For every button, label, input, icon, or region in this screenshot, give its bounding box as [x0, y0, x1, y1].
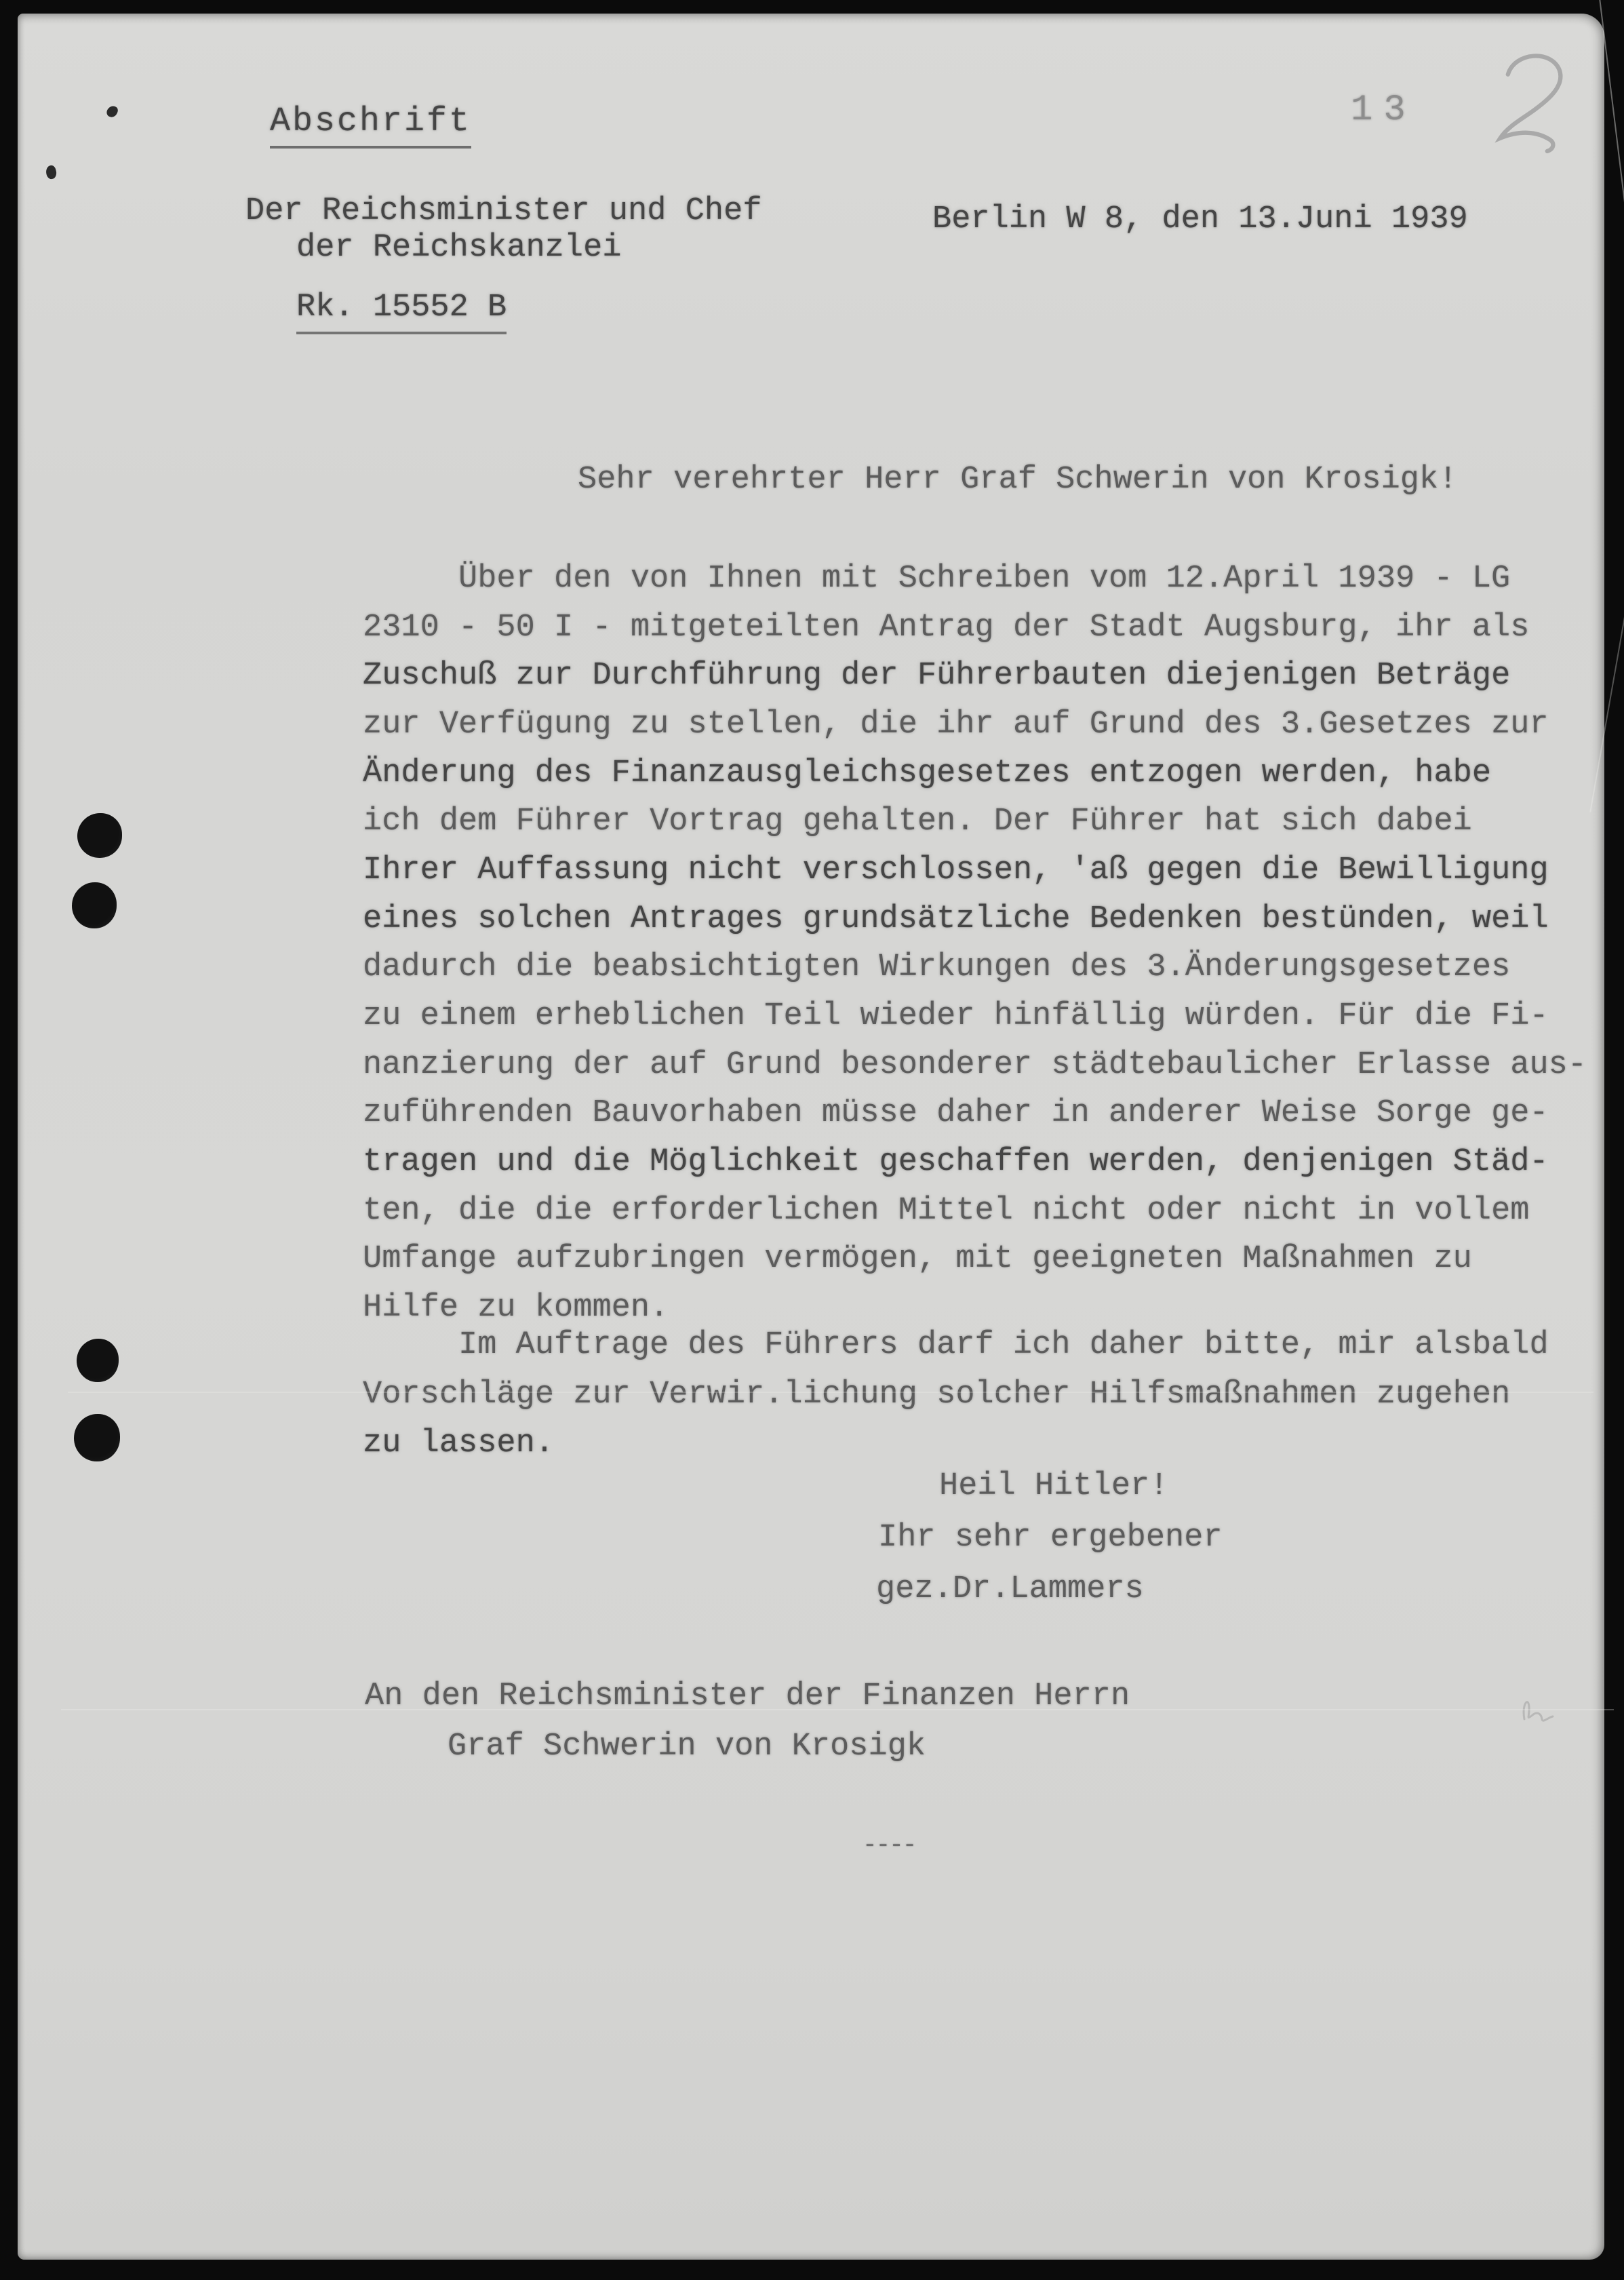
punch-hole-ink-dot	[77, 1339, 119, 1382]
salutation: Sehr verehrter Herr Graf Schwerin von Kr…	[578, 464, 1457, 496]
document-type-label: Abschrift	[270, 105, 471, 149]
reference-number: Rk. 15552 B	[296, 292, 507, 334]
closing-salute: Heil Hitler!	[939, 1470, 1168, 1502]
body-line: zur Verfügung zu stellen, die ihr auf Gr…	[363, 709, 1549, 741]
punch-hole-ink-dot	[74, 1414, 120, 1461]
body-line: Zuschuß zur Durchführung der Führerbaute…	[363, 660, 1510, 692]
punch-hole-ink-dot	[77, 813, 122, 858]
body-line: eines solchen Antrages grundsätzliche Be…	[363, 903, 1549, 935]
recipient-line-1: An den Reichsminister der Finanzen Herrn	[365, 1680, 1130, 1712]
document-page	[18, 14, 1604, 2260]
punch-hole-ink-dot	[72, 882, 117, 928]
body-line: Ihrer Auffassung nicht verschlossen, 'aß…	[363, 854, 1549, 886]
body-line: 2310 - 50 I - mitgeteilten Antrag der St…	[363, 612, 1529, 644]
page-number-stamp: 13	[1351, 90, 1417, 131]
body-line: zu lassen.	[363, 1428, 554, 1459]
body-line: Umfange aufzubringen vermögen, mit geeig…	[363, 1243, 1472, 1275]
scratch-line	[61, 1709, 1614, 1710]
body-line: tragen und die Möglichkeit geschaffen we…	[363, 1146, 1549, 1178]
dateline: Berlin W 8, den 13.Juni 1939	[932, 203, 1468, 235]
body-line: ich dem Führer Vortrag gehalten. Der Füh…	[363, 806, 1472, 838]
recipient-line-2: Graf Schwerin von Krosigk	[448, 1731, 926, 1763]
separator-dashes: ----	[863, 1831, 915, 1859]
body-line: Vorschläge zur Verwir.lichung solcher Hi…	[363, 1379, 1510, 1411]
handwritten-page-number	[1484, 43, 1581, 157]
body-line: Hilfe zu kommen.	[363, 1292, 669, 1324]
body-line: Über den von Ihnen mit Schreiben vom 12.…	[458, 563, 1510, 595]
pencil-scribble	[1519, 1692, 1566, 1733]
closing-courtesy: Ihr sehr ergebener	[878, 1522, 1223, 1554]
sender-line-2: der Reichskanzlei	[296, 232, 621, 264]
body-line: dadurch die beabsichtigten Wirkungen des…	[363, 951, 1510, 983]
body-line: ten, die die erforderlichen Mittel nicht…	[363, 1195, 1529, 1227]
body-line: Änderung des Finanzausgleichsgesetzes en…	[363, 758, 1491, 789]
scratch-line	[68, 1392, 1593, 1393]
closing-signature: gez.Dr.Lammers	[876, 1573, 1144, 1605]
body-line: nanzierung der auf Grund besonderer städ…	[363, 1049, 1587, 1081]
sender-line-1: Der Reichsminister und Chef	[245, 195, 762, 227]
body-line: Im Auftrage des Führers darf ich daher b…	[458, 1329, 1549, 1361]
body-line: zuführenden Bauvorhaben müsse daher in a…	[363, 1097, 1549, 1129]
body-line: zu einem erheblichen Teil wieder hinfäll…	[363, 1000, 1549, 1032]
